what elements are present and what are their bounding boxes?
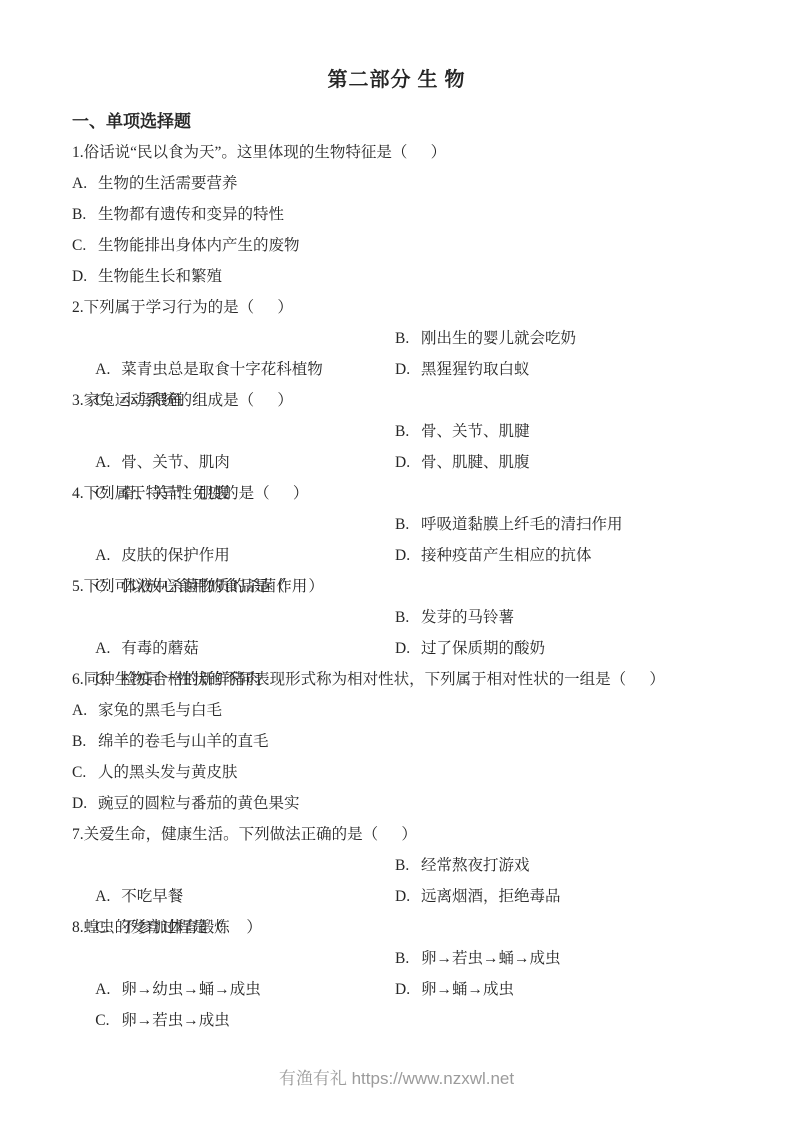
- question-3-option-b: B.骨、关节、肌腱: [395, 416, 530, 447]
- question-7-options-ab: A.不吃早餐 B.经常熬夜打游戏: [72, 850, 743, 881]
- option-label: B.: [395, 850, 421, 881]
- option-label: D.: [395, 881, 421, 912]
- question-6-option-c: C.人的黑头发与黄皮肤: [72, 757, 743, 788]
- question-1-stem: 1.俗话说“民以食为天”。这里体现的生物特征是（ ）: [72, 137, 743, 168]
- question-2-option-d: D.黑猩猩钓取白蚁: [395, 354, 530, 385]
- option-label: B.: [395, 943, 421, 974]
- option-label: B.: [395, 509, 421, 540]
- question-4-options-cd: C.体液中杀菌物质的杀菌作用 D.接种疫苗产生相应的抗体: [72, 540, 743, 571]
- option-text: 黑猩猩钓取白蚁: [421, 361, 530, 378]
- option-label: B.: [395, 416, 421, 447]
- option-label: D.: [395, 354, 421, 385]
- option-label: B.: [395, 323, 421, 354]
- exam-content: 第二部分 生 物 一、单项选择题 1.俗话说“民以食为天”。这里体现的生物特征是…: [72, 62, 743, 1005]
- option-text: 刚出生的婴儿就会吃奶: [421, 330, 576, 347]
- question-2-options-cd: C.小鸟喂鱼 D.黑猩猩钓取白蚁: [72, 354, 743, 385]
- option-label: B.: [72, 199, 98, 230]
- option-text: 绵羊的卷毛与山羊的直毛: [98, 733, 269, 750]
- question-3-option-d: D.骨、肌腱、肌腹: [395, 447, 530, 478]
- question-5-options-cd: C.检疫合格的新鲜猪肉 D.过了保质期的酸奶: [72, 633, 743, 664]
- option-label: D.: [72, 261, 98, 292]
- option-text: 卵→若虫→成虫: [121, 1012, 230, 1029]
- question-6-stem: 6.同种生物同一性状的不同表现形式称为相对性状，下列属于相对性状的一组是（ ）: [72, 664, 743, 695]
- option-label: B.: [72, 726, 98, 757]
- question-5-option-b: B.发芽的马铃薯: [395, 602, 514, 633]
- question-3-options-ab: A.骨、关节、肌肉 B.骨、关节、肌腱: [72, 416, 743, 447]
- question-3-stem: 3.家兔运动系统的组成是（ ）: [72, 385, 743, 416]
- option-text: 经常熬夜打游戏: [421, 857, 530, 874]
- question-6-option-a: A.家兔的黑毛与白毛: [72, 695, 743, 726]
- question-8-options-cd: C.卵→若虫→成虫 D.卵→蛹→成虫: [72, 974, 743, 1005]
- question-4-option-b: B.呼吸道黏膜上纤毛的清扫作用: [395, 509, 623, 540]
- question-4-options-ab: A.皮肤的保护作用 B.呼吸道黏膜上纤毛的清扫作用: [72, 509, 743, 540]
- question-1-option-d: D.生物能生长和繁殖: [72, 261, 743, 292]
- question-4-option-d: D.接种疫苗产生相应的抗体: [395, 540, 592, 571]
- question-4-stem: 4.下列属于特异性免疫的是（ ）: [72, 478, 743, 509]
- option-text: 生物都有遗传和变异的特性: [98, 206, 284, 223]
- option-text: 骨、关节、肌腱: [421, 423, 530, 440]
- option-text: 生物的生活需要营养: [98, 175, 238, 192]
- option-text: 豌豆的圆粒与番茄的黄色果实: [98, 795, 300, 812]
- question-7-option-d: D.远离烟酒，拒绝毒品: [395, 881, 561, 912]
- question-8-option-c: C.卵→若虫→成虫: [95, 1005, 230, 1036]
- question-7-stem: 7.关爱生命，健康生活。下列做法正确的是（ ）: [72, 819, 743, 850]
- section-heading: 一、单项选择题: [72, 106, 743, 137]
- question-6-option-d: D.豌豆的圆粒与番茄的黄色果实: [72, 788, 743, 819]
- option-text: 接种疫苗产生相应的抗体: [421, 547, 592, 564]
- option-text: 卵→蛹→成虫: [421, 981, 514, 998]
- question-1-option-a: A.生物的生活需要营养: [72, 168, 743, 199]
- question-8-option-d: D.卵→蛹→成虫: [395, 974, 514, 1005]
- option-text: 过了保质期的酸奶: [421, 640, 545, 657]
- option-text: 远离烟酒，拒绝毒品: [421, 888, 561, 905]
- question-5-options-ab: A.有毒的蘑菇 B.发芽的马铃薯: [72, 602, 743, 633]
- option-text: 家兔的黑毛与白毛: [98, 702, 222, 719]
- question-6-option-b: B.绵羊的卷毛与山羊的直毛: [72, 726, 743, 757]
- question-2-option-b: B.刚出生的婴儿就会吃奶: [395, 323, 576, 354]
- option-text: 生物能生长和繁殖: [98, 268, 222, 285]
- option-label: D.: [395, 633, 421, 664]
- question-8-options-ab: A.卵→幼虫→蛹→成虫 B.卵→若虫→蛹→成虫: [72, 943, 743, 974]
- option-text: 人的黑头发与黄皮肤: [98, 764, 238, 781]
- question-2-options-ab: A.菜青虫总是取食十字花科植物 B.刚出生的婴儿就会吃奶: [72, 323, 743, 354]
- question-3-options-cd: C.骨、关节、肌腹 D.骨、肌腱、肌腹: [72, 447, 743, 478]
- option-label: D.: [395, 540, 421, 571]
- question-5-stem: 5.下列可以放心食用的食品是（ ）: [72, 571, 743, 602]
- option-text: 骨、肌腱、肌腹: [421, 454, 530, 471]
- question-7-options-cd: C.不参加体育锻炼 D.远离烟酒，拒绝毒品: [72, 881, 743, 912]
- option-text: 卵→若虫→蛹→成虫: [421, 950, 561, 967]
- option-label: D.: [395, 447, 421, 478]
- option-label: C.: [72, 757, 98, 788]
- question-1-option-c: C.生物能排出身体内产生的废物: [72, 230, 743, 261]
- question-5-option-d: D.过了保质期的酸奶: [395, 633, 545, 664]
- question-8-stem: 8.蝗虫的发育过程是（ ）: [72, 912, 743, 943]
- option-label: B.: [395, 602, 421, 633]
- exam-page: 第二部分 生 物 一、单项选择题 1.俗话说“民以食为天”。这里体现的生物特征是…: [0, 0, 793, 1122]
- option-label: A.: [72, 168, 98, 199]
- option-label: A.: [72, 695, 98, 726]
- question-2-stem: 2.下列属于学习行为的是（ ）: [72, 292, 743, 323]
- option-label: C.: [72, 230, 98, 261]
- option-text: 发芽的马铃薯: [421, 609, 514, 626]
- option-label: D.: [72, 788, 98, 819]
- question-7-option-b: B.经常熬夜打游戏: [395, 850, 530, 881]
- footer-watermark: 有渔有礼 https://www.nzxwl.net: [0, 1068, 793, 1090]
- question-8-option-b: B.卵→若虫→蛹→成虫: [395, 943, 561, 974]
- page-title: 第二部分 生 物: [0, 62, 793, 98]
- question-1-option-b: B.生物都有遗传和变异的特性: [72, 199, 743, 230]
- option-text: 呼吸道黏膜上纤毛的清扫作用: [421, 516, 623, 533]
- option-label: D.: [395, 974, 421, 1005]
- option-text: 生物能排出身体内产生的废物: [98, 237, 300, 254]
- option-label: C.: [95, 1005, 121, 1036]
